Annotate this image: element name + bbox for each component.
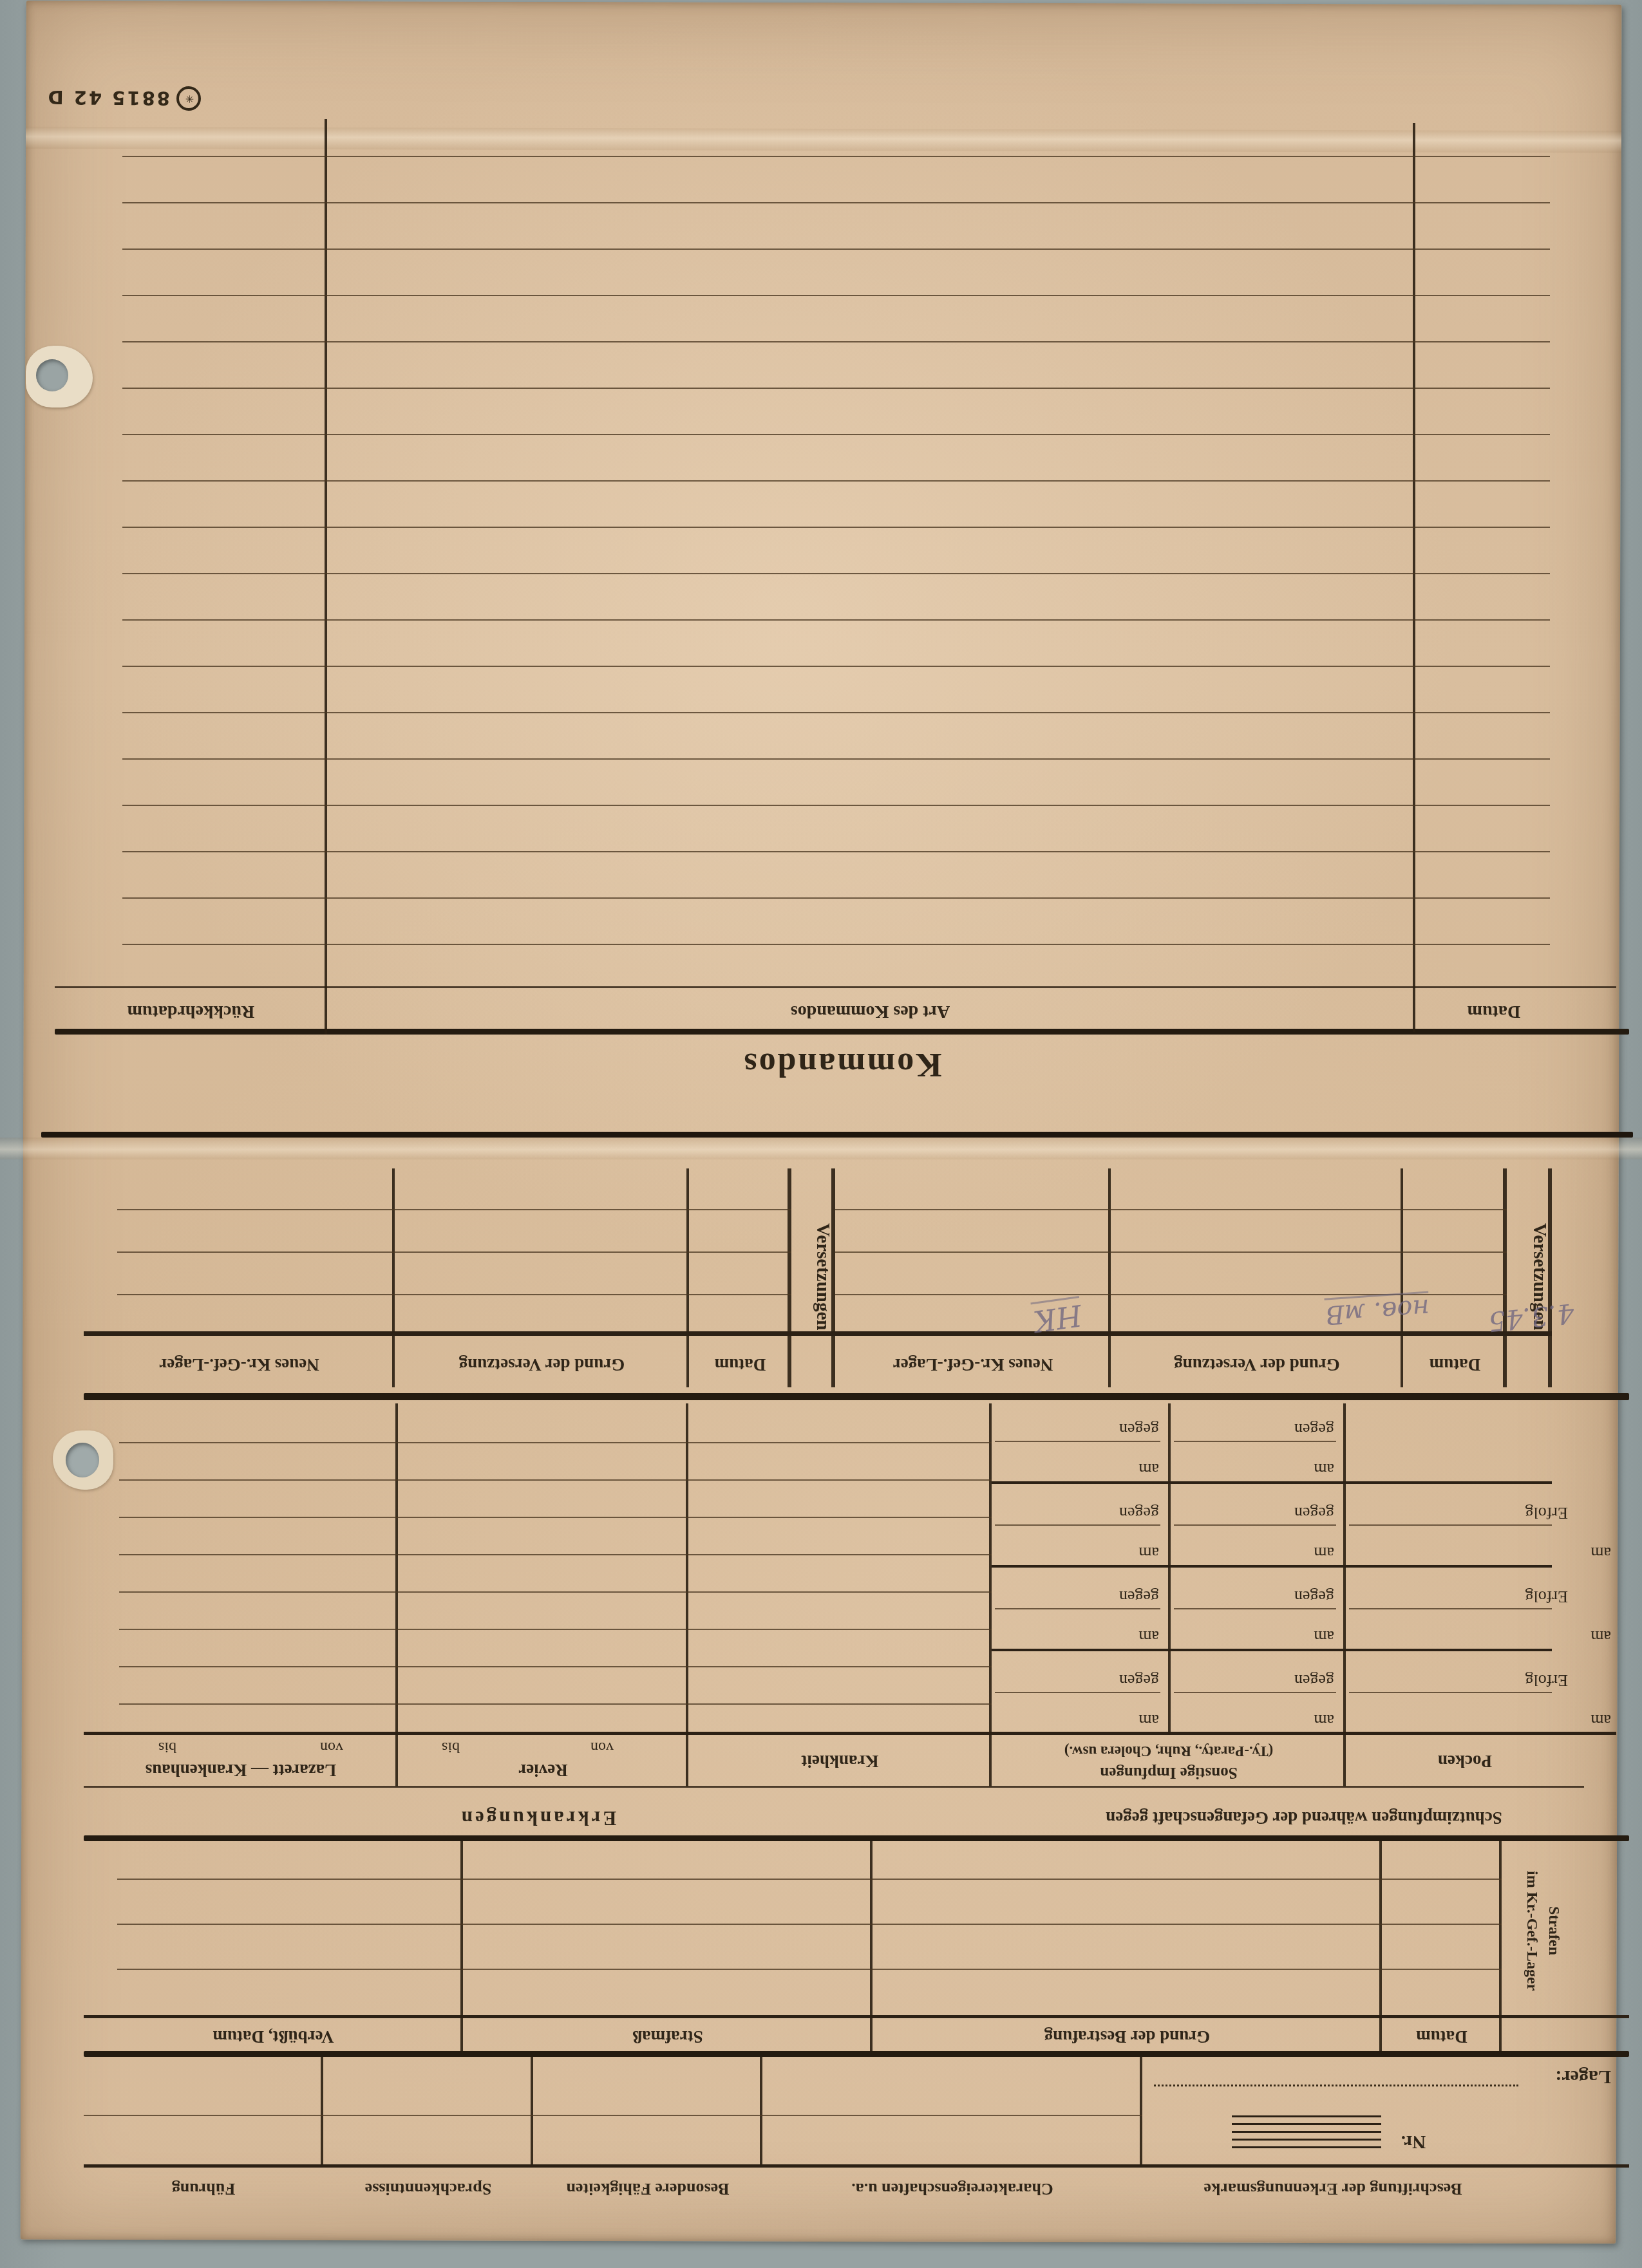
ruled-line <box>1232 2139 1381 2141</box>
pocken-erfolg-3: Erfolg <box>1525 1503 1568 1523</box>
handwriting-note: нов. мВ <box>1325 1291 1431 1329</box>
col-revier: Revier <box>398 1760 688 1780</box>
row-line <box>995 1441 1160 1442</box>
band-rule <box>992 1649 1552 1651</box>
row-line <box>1174 1524 1336 1526</box>
ruled-line <box>122 944 1550 945</box>
ruled-line <box>122 388 1550 389</box>
impf-am: am <box>1138 1710 1159 1730</box>
header-beschriftung: Beschriftung der Erkennungsmarke <box>1143 2179 1523 2198</box>
ruled-line <box>117 1879 1502 1880</box>
impf-am: am <box>1138 1459 1159 1479</box>
row-line <box>1349 1692 1552 1693</box>
impf-gegen: gegen <box>1294 1587 1334 1606</box>
versetzungen-row-lines <box>117 1205 791 1295</box>
strafen-col-grund: Grund der Bestrafung <box>873 2027 1382 2047</box>
row-line <box>995 1608 1160 1609</box>
ruled-line <box>117 1294 791 1295</box>
ruled-line <box>122 341 1550 342</box>
scanned-document: Beschriftung der Erkennungsmarke Charakt… <box>0 0 1642 2268</box>
row-line <box>1349 1524 1552 1526</box>
ruled-line <box>122 202 1550 203</box>
strafen-col-strafmass: Strafmaß <box>463 2027 873 2047</box>
ruled-line <box>119 1629 992 1630</box>
lazarett-bis: bis <box>142 1738 193 1756</box>
band-rule <box>992 1481 1552 1484</box>
section-rule <box>84 1835 1629 1841</box>
row-line <box>1174 1441 1336 1442</box>
rule <box>84 1331 1552 1336</box>
impf-am: am <box>1314 1459 1334 1479</box>
ruled-line <box>122 712 1550 713</box>
lazarett-von: von <box>306 1738 357 1756</box>
col-krankheit: Krankheit <box>688 1751 992 1771</box>
section-rule <box>84 2051 1629 2057</box>
nr-label: Nr. <box>1391 2131 1436 2152</box>
column-line <box>760 2057 762 2164</box>
row-line <box>1174 1692 1336 1693</box>
ruled-line <box>122 619 1550 621</box>
kommandos-col-art: Art des Kommandos <box>327 1001 1413 1022</box>
ruled-line <box>122 434 1550 435</box>
ruled-line <box>122 897 1550 899</box>
strafen-vertical-label: Strafen im Kr.-Gef.-Lager <box>1505 1848 1565 2014</box>
impf-gegen: gegen <box>1119 1503 1159 1523</box>
form-content: Beschriftung der Erkennungsmarke Charakt… <box>0 0 1642 2268</box>
versetzungen-col-grund: Grund der Versetzung <box>1111 1354 1403 1374</box>
lager-label: Lager: <box>1521 2066 1611 2088</box>
band-rule <box>992 1565 1552 1568</box>
revier-von: von <box>576 1738 628 1756</box>
ruled-line <box>119 1554 992 1555</box>
erkrankungen-title: Erkrankungen <box>84 1806 992 1830</box>
section-rule <box>84 1393 1629 1400</box>
col-sonstige-line1: Sonstige Impfungen <box>992 1763 1346 1781</box>
revier-bis: bis <box>425 1738 477 1756</box>
pocken-am-1: am <box>1590 1710 1611 1730</box>
ruled-line <box>122 248 1550 250</box>
ruled-line <box>122 851 1550 852</box>
ruled-line <box>835 1251 1507 1253</box>
pocken-am-3: am <box>1590 1543 1611 1562</box>
kommandos-row-lines <box>122 147 1550 945</box>
column-line <box>1140 2057 1142 2164</box>
ruled-line <box>122 758 1550 760</box>
versetzungen-label-text: Versetzungen <box>1529 1177 1551 1376</box>
print-code-stamp: ✳ 8815 42 D <box>46 85 201 111</box>
rule <box>84 1786 1584 1788</box>
ruled-line <box>119 1703 992 1705</box>
impf-am: am <box>1138 1543 1159 1562</box>
ruled-line <box>1232 2115 1381 2117</box>
row-line <box>84 2115 1142 2116</box>
versetzungen-row-lines <box>835 1205 1507 1295</box>
header-charakter: Charaktereigenschaften u.a. <box>762 2179 1142 2198</box>
rule <box>84 1732 1616 1735</box>
ruled-line <box>835 1209 1507 1210</box>
row-line <box>1349 1608 1552 1609</box>
ruled-line <box>122 480 1550 482</box>
ruled-line <box>1232 2131 1381 2133</box>
impf-gegen: gegen <box>1119 1420 1159 1439</box>
header-faehigkeiten: Besondere Fähigkeiten <box>533 2179 762 2198</box>
ruled-line <box>117 1969 1502 1970</box>
ruled-line <box>117 1209 791 1210</box>
ruled-line <box>117 1251 791 1253</box>
ruled-line <box>122 527 1550 528</box>
punch-hole-top <box>36 359 68 391</box>
versetzungen-vertical-label: Versetzungen <box>793 1177 834 1376</box>
eagle-roundel-icon: ✳ <box>176 86 201 111</box>
col-sonstige-line2: (Ty.-Paraty., Ruhr, Cholera usw.) <box>992 1743 1346 1759</box>
impfungen-title: Schutzimpfungen während der Gefangenscha… <box>1005 1808 1603 1828</box>
strafen-col-verbuesst: Verbüßt, Datum <box>84 2027 463 2047</box>
erkrankungen-row-lines <box>119 1434 992 1705</box>
rule <box>55 986 1616 988</box>
section-rule <box>55 1029 1629 1035</box>
ruled-line <box>122 805 1550 806</box>
ruled-line <box>1232 2123 1381 2125</box>
impf-gegen: gegen <box>1294 1503 1334 1523</box>
versetzungen-col-datum: Datum <box>689 1354 791 1374</box>
col-lazarett: Lazarett — Krankenhaus <box>84 1760 398 1780</box>
print-code-text: 8815 42 D <box>46 86 170 109</box>
versetzungen-col-neues: Neues Kr.-Gef.-Lager <box>835 1354 1111 1374</box>
lager-dotted-line <box>1154 2085 1518 2086</box>
column-line <box>321 2057 323 2164</box>
punch-hole-bottom <box>66 1443 99 1477</box>
col-pocken: Pocken <box>1346 1751 1584 1771</box>
ruled-line <box>122 156 1550 157</box>
strafen-row-lines <box>117 1873 1502 1970</box>
ruled-line <box>122 573 1550 574</box>
impf-am: am <box>1314 1627 1334 1646</box>
ruled-line <box>122 295 1550 296</box>
ruled-line <box>119 1517 992 1518</box>
kommandos-col-rueckkehr: Rückkehrdatum <box>55 1001 327 1022</box>
handwriting-date: 4.3.45 <box>1487 1297 1576 1338</box>
strafen-vertical-label-line1: Strafen <box>1543 1848 1565 2014</box>
column-line <box>1168 1403 1171 1735</box>
versetzungen-label-text: Versetzungen <box>812 1177 834 1376</box>
column-line <box>531 2057 533 2164</box>
strafen-vertical-label-line2: im Kr.-Gef.-Lager <box>1521 1848 1543 2014</box>
impf-am: am <box>1138 1627 1159 1646</box>
row-line <box>995 1692 1160 1693</box>
impf-gegen: gegen <box>1119 1671 1159 1690</box>
versetzungen-col-neues: Neues Kr.-Gef.-Lager <box>84 1354 395 1374</box>
ruled-line <box>1232 2146 1381 2148</box>
pocken-erfolg-1: Erfolg <box>1525 1671 1568 1690</box>
tag-number-lines <box>1232 2110 1381 2148</box>
impf-am: am <box>1314 1710 1334 1730</box>
rule <box>84 2164 1629 2168</box>
impf-gegen: gegen <box>1294 1420 1334 1439</box>
header-fuehrung: Führung <box>84 2179 323 2198</box>
rule <box>84 2015 1629 2018</box>
ruled-line <box>122 666 1550 667</box>
ruled-line <box>119 1666 992 1667</box>
ruled-line <box>117 1924 1502 1925</box>
impf-gegen: gegen <box>1294 1671 1334 1690</box>
handwriting-camp: НК <box>1031 1296 1084 1339</box>
header-sprachkenntnisse: Sprachkenntnisse <box>323 2179 533 2198</box>
versetzungen-vertical-label: Versetzungen <box>1508 1177 1551 1376</box>
ruled-line <box>119 1591 992 1593</box>
pocken-am-2: am <box>1590 1627 1611 1646</box>
roundel-glyph: ✳ <box>184 93 194 104</box>
column-line <box>1343 1403 1346 1786</box>
impf-gegen: gegen <box>1119 1587 1159 1606</box>
fold-crease <box>0 1138 1642 1159</box>
fold-line <box>41 1132 1633 1138</box>
row-line <box>1174 1608 1336 1609</box>
ruled-line <box>119 1442 992 1443</box>
kommandos-title: Kommandos <box>541 1045 1143 1083</box>
impf-am: am <box>1314 1543 1334 1562</box>
pocken-erfolg-2: Erfolg <box>1525 1587 1568 1606</box>
versetzungen-col-datum: Datum <box>1403 1354 1507 1374</box>
row-line <box>995 1524 1160 1526</box>
kommandos-col-datum: Datum <box>1413 1001 1574 1022</box>
ruled-line <box>119 1479 992 1481</box>
strafen-col-datum: Datum <box>1382 2027 1502 2047</box>
versetzungen-col-grund: Grund der Versetzung <box>395 1354 689 1374</box>
